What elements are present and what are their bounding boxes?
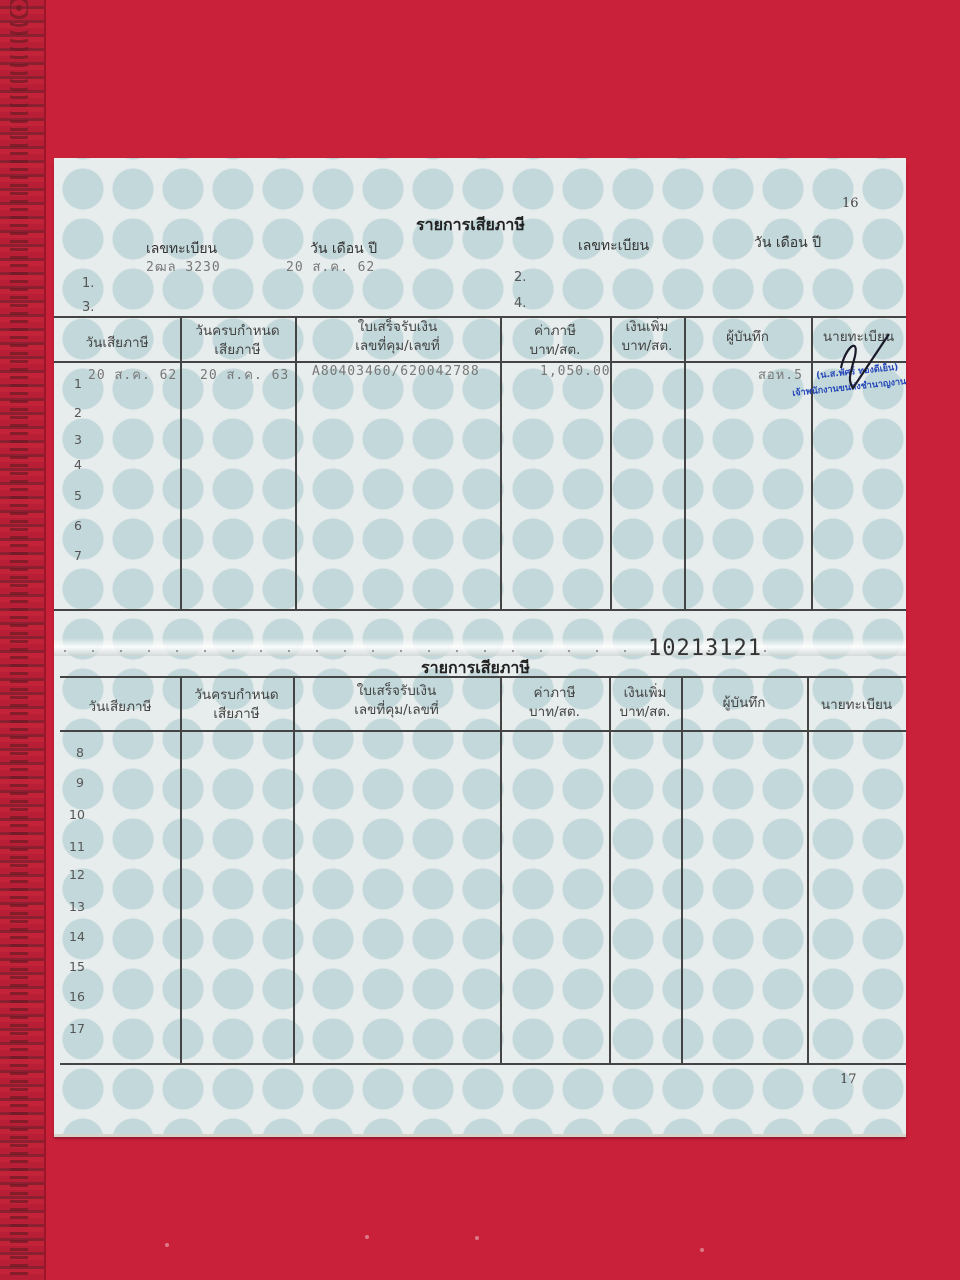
column-divider xyxy=(807,676,809,1063)
right-date-label: วัน เดือน ปี xyxy=(754,232,821,254)
column-divider xyxy=(610,316,612,609)
column-divider xyxy=(295,316,297,609)
row-number: 6 xyxy=(74,518,98,533)
row-number: 10 xyxy=(69,807,93,822)
row-number: 5 xyxy=(74,488,98,503)
table-header-rule xyxy=(60,730,906,732)
table-header-rule xyxy=(54,361,906,363)
page-number-16: 16 xyxy=(842,196,859,211)
col-header-due-date: วันครบกำหนด เสียภาษี xyxy=(180,686,293,724)
column-divider xyxy=(180,676,182,1063)
row-number: 17 xyxy=(69,1021,93,1036)
table-bottom-rule xyxy=(54,609,906,611)
col-header-recorder: ผู้บันทึก xyxy=(681,694,807,713)
row-number: 9 xyxy=(76,775,100,790)
row-number: 14 xyxy=(69,929,93,944)
column-divider xyxy=(684,316,686,609)
table-bottom-rule xyxy=(60,1063,906,1065)
col-header-payment-date: วันเสียภาษี xyxy=(60,698,180,717)
right-registration-label: เลขทะเบียน xyxy=(578,235,649,257)
column-divider xyxy=(811,316,813,609)
row-number: 2 xyxy=(74,405,98,420)
booklet-serial-number: 10213121 xyxy=(648,636,762,661)
row-number: 12 xyxy=(69,867,93,882)
page-number-17: 17 xyxy=(840,1072,857,1087)
column-divider xyxy=(293,676,295,1063)
entry-receipt-number: A80403460/620042788 xyxy=(312,364,480,379)
row-number: 3 xyxy=(74,432,98,447)
left-date-value: 20 ส.ค. 62 xyxy=(286,256,375,277)
col-header-surcharge: เงินเพิ่ม บาท/สต. xyxy=(609,684,681,722)
cover-speck xyxy=(365,1235,369,1239)
col-header-due-date: วันครบกำหนด เสียภาษี xyxy=(180,322,295,360)
cover-speck xyxy=(475,1236,479,1240)
column-divider xyxy=(681,676,683,1063)
col-header-surcharge: เงินเพิ่ม บาท/สต. xyxy=(610,318,684,356)
row-number: 11 xyxy=(69,839,93,854)
col-header-tax-amount: ค่าภาษี บาท/สต. xyxy=(500,684,609,722)
row-number: 13 xyxy=(69,899,93,914)
slot-3: 3. xyxy=(82,300,94,315)
cover-speck xyxy=(165,1243,169,1247)
row-number: 16 xyxy=(69,989,93,1004)
slot-2: 2. xyxy=(514,270,526,285)
entry-payment-date: 20 ส.ค. 62 xyxy=(88,364,177,385)
slot-1: 1. xyxy=(82,276,94,291)
col-header-tax-amount: ค่าภาษี บาท/สต. xyxy=(500,322,610,360)
tax-record-booklet: 16 รายการเสียภาษี เลขทะเบียน 2ฒล 3230 วั… xyxy=(54,158,906,1134)
registrar-signature-icon xyxy=(829,328,899,398)
top-page-title: รายการเสียภาษี xyxy=(416,213,525,238)
row-number: 7 xyxy=(74,548,98,563)
slot-4: 4. xyxy=(514,296,526,311)
row-number: 8 xyxy=(76,745,100,760)
col-header-receipt: ใบเสร็จรับเงิน เลขที่คุม/เลขที่ xyxy=(293,682,500,720)
entry-recorder: สอห.5 xyxy=(758,364,803,385)
col-header-registrar: นายทะเบียน xyxy=(807,696,906,715)
entry-tax-amount: 1,050.00 xyxy=(540,364,611,379)
col-header-recorder: ผู้บันทึก xyxy=(684,328,811,347)
cover-edge-line xyxy=(44,0,46,1280)
column-divider xyxy=(500,676,502,1063)
col-header-payment-date: วันเสียภาษี xyxy=(54,334,180,353)
table-top-rule xyxy=(60,676,906,678)
col-header-receipt: ใบเสร็จรับเงิน เลขที่คุม/เลขที่ xyxy=(295,318,500,356)
row-number: 4 xyxy=(74,457,98,472)
booklet-fold xyxy=(54,638,906,656)
left-registration-value: 2ฒล 3230 xyxy=(146,256,221,277)
entry-due-date: 20 ส.ค. 63 xyxy=(200,364,289,385)
column-divider xyxy=(609,676,611,1063)
cover-speck xyxy=(700,1248,704,1252)
cover-ornament-border xyxy=(0,0,44,1280)
row-number: 15 xyxy=(69,959,93,974)
